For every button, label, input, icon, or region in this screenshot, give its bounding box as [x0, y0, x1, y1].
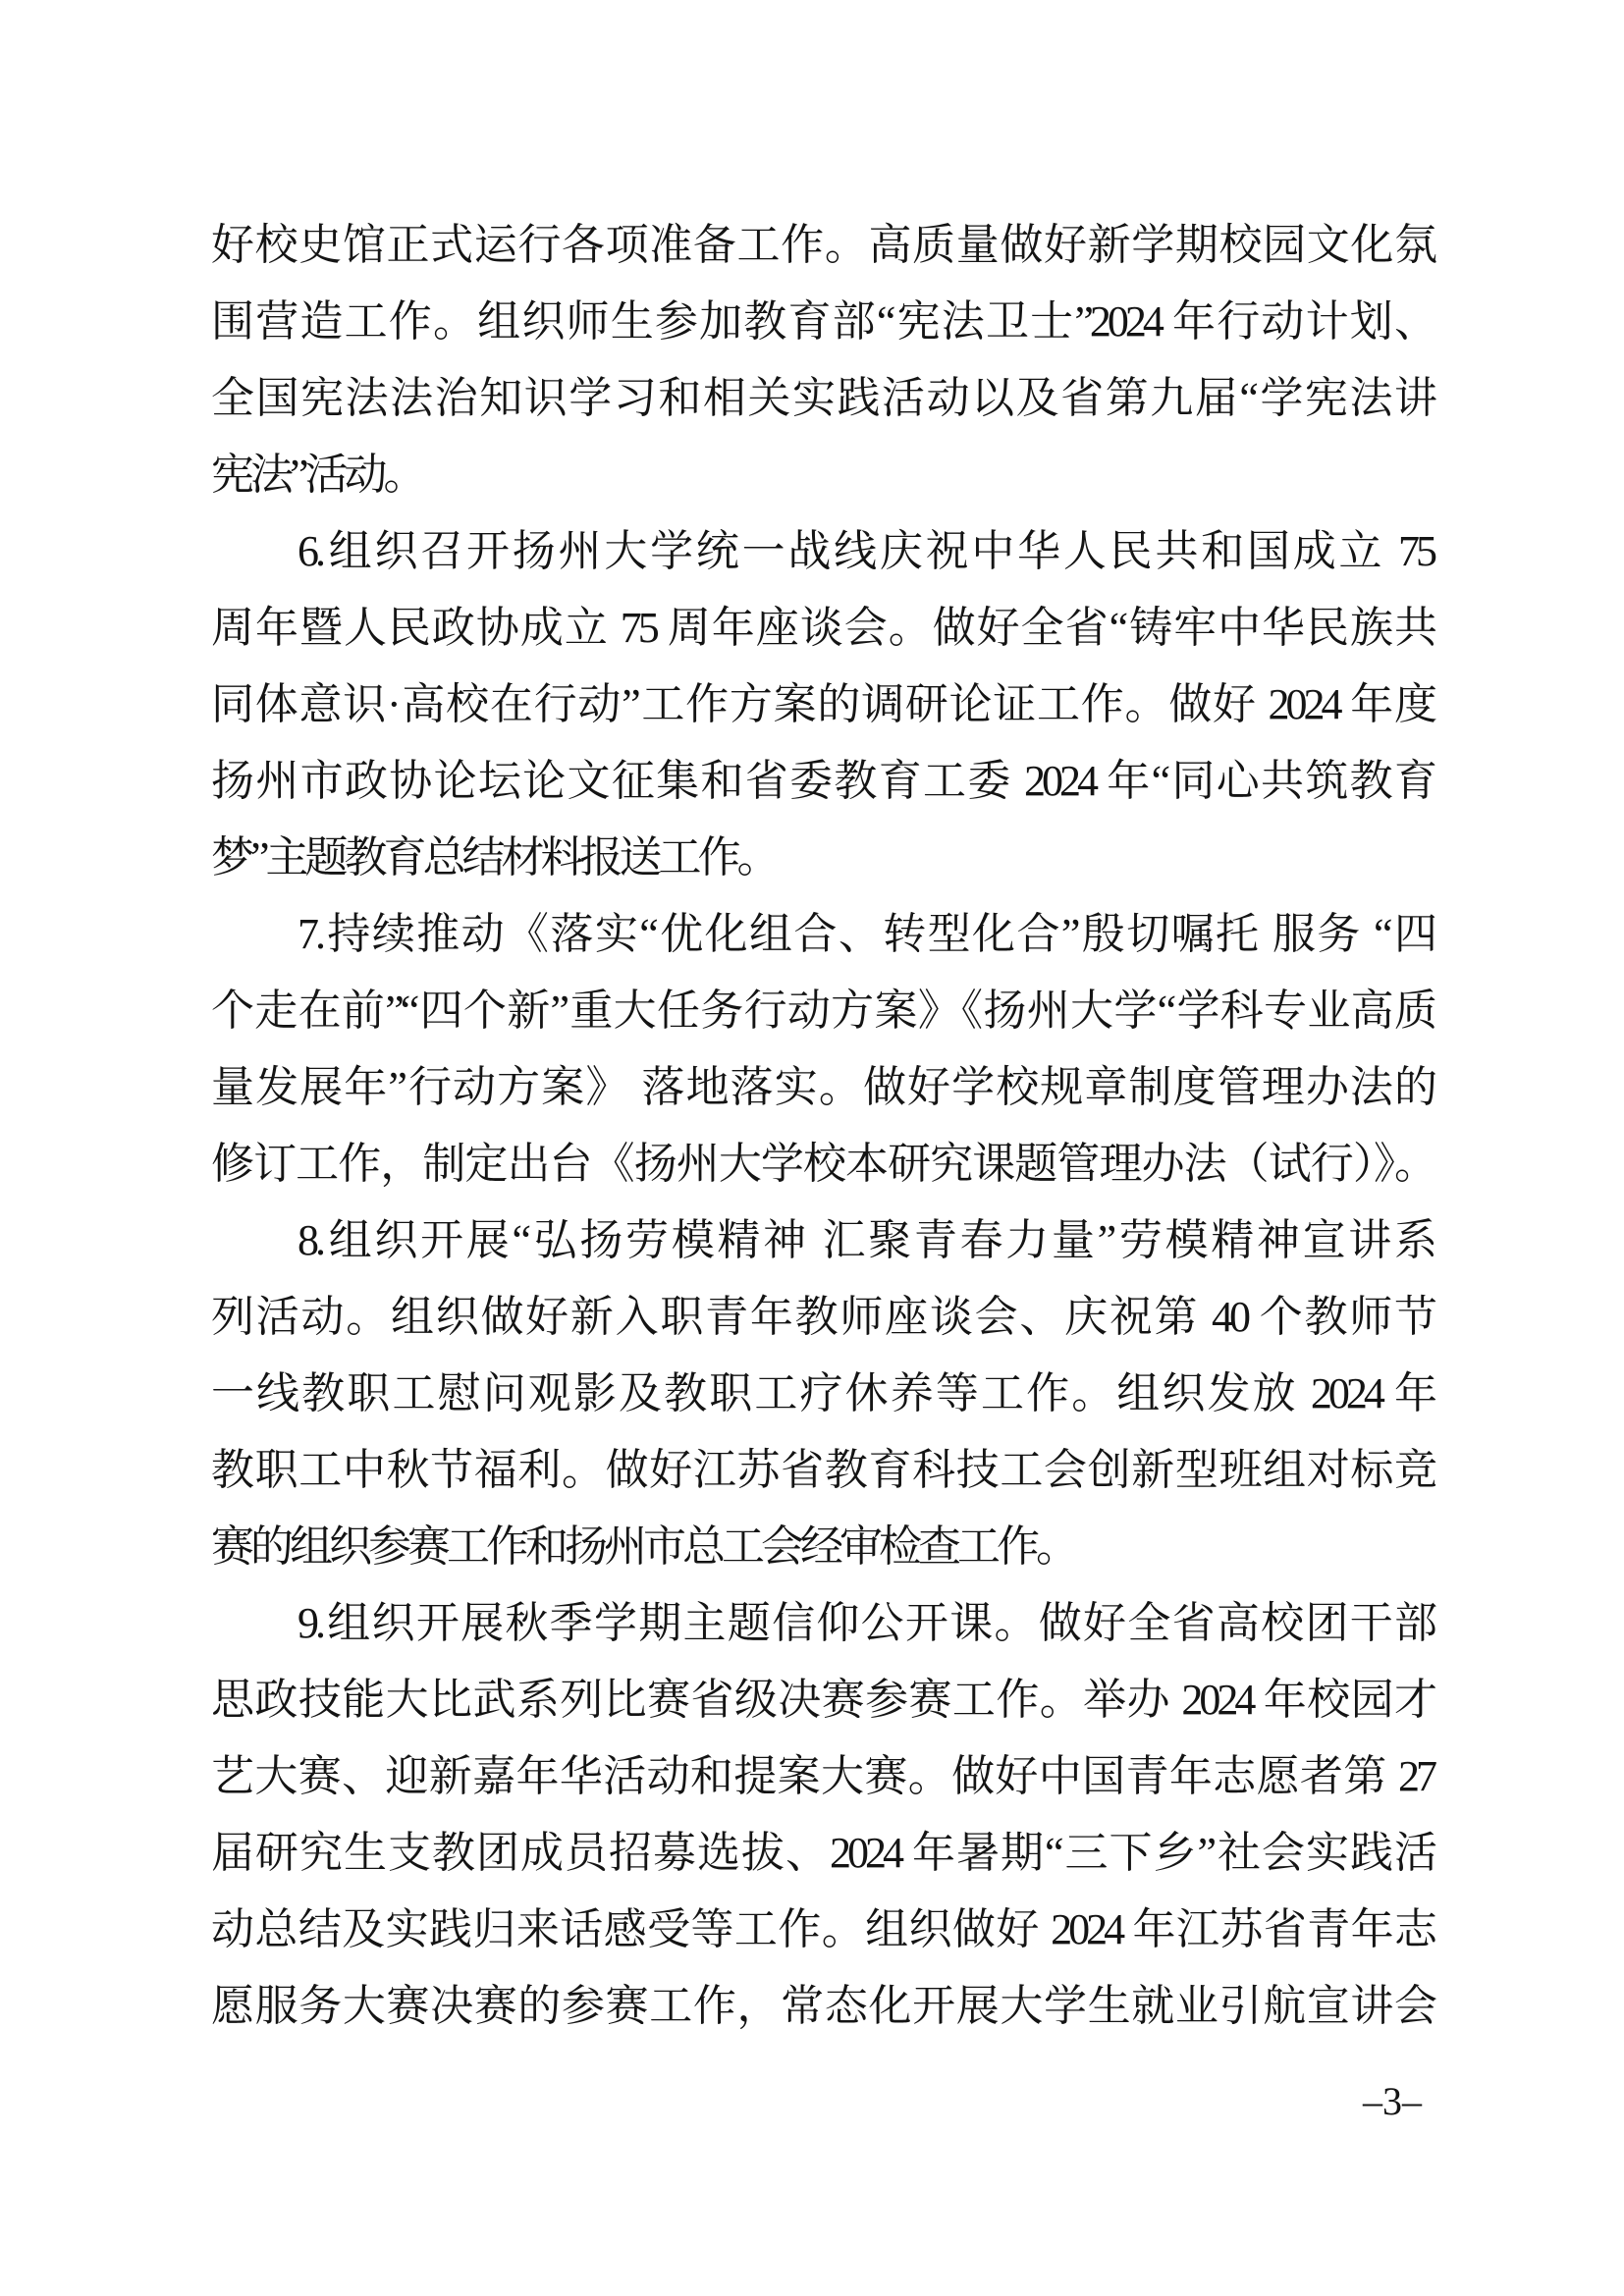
text-line: 届研究生支教团成员招募选拔、2024 年暑期“三下乡”社会实践活: [211, 1815, 1434, 1892]
text-line: 量发展年”行动方案》 落地落实。做好学校规章制度管理办法的: [211, 1049, 1434, 1126]
text-line: 9.组织开展秋季学期主题信仰公开课。做好全省高校团干部: [211, 1585, 1434, 1662]
text-line: 列活动。组织做好新入职青年教师座谈会、庆祝第 40 个教师节: [211, 1279, 1434, 1356]
document-body: 好校史馆正式运行各项准备工作。高质量做好新学期校园文化氛 围营造工作。组织师生参…: [211, 207, 1434, 2045]
text-line: 同体意识·高校在行动”工作方案的调研论证工作。做好 2024 年度: [211, 667, 1434, 743]
text-line: 一线教职工慰问观影及教职工疗休养等工作。组织发放 2024 年: [211, 1356, 1434, 1432]
text-line: 梦”主题教育总结材料报送工作。: [211, 820, 1434, 896]
text-line: 好校史馆正式运行各项准备工作。高质量做好新学期校园文化氛: [211, 207, 1434, 284]
document-page: 好校史馆正式运行各项准备工作。高质量做好新学期校园文化氛 围营造工作。组织师生参…: [0, 0, 1624, 2296]
text-line: 8.组织开展“弘扬劳模精神 汇聚青春力量”劳模精神宣讲系: [211, 1202, 1434, 1279]
text-line: 周年暨人民政协成立 75 周年座谈会。做好全省“铸牢中华民族共: [211, 590, 1434, 667]
text-line: 赛的组织参赛工作和扬州市总工会经审检查工作。: [211, 1509, 1434, 1585]
text-line: 7.持续推动《落实“优化组合、转型化合”殷切嘱托 服务 “四: [211, 896, 1434, 973]
text-line: 全国宪法法治知识学习和相关实践活动以及省第九届“学宪法讲: [211, 360, 1434, 437]
text-line: 宪法”活动。: [211, 437, 1434, 513]
text-line: 思政技能大比武系列比赛省级决赛参赛工作。举办 2024 年校园才: [211, 1662, 1434, 1738]
text-line: 6.组织召开扬州大学统一战线庆祝中华人民共和国成立 75: [211, 513, 1434, 590]
text-line: 艺大赛、迎新嘉年华活动和提案大赛。做好中国青年志愿者第 27: [211, 1738, 1434, 1815]
text-line: 扬州市政协论坛论文征集和省委教育工委 2024 年“同心共筑教育: [211, 743, 1434, 820]
text-line: 个走在前”“四个新”重大任务行动方案》《扬州大学“学科专业高质: [211, 973, 1434, 1049]
page-number: –3–: [1363, 2079, 1422, 2124]
text-line: 修订工作，制定出台《扬州大学校本研究课题管理办法（试行）》。: [211, 1126, 1434, 1202]
text-line: 围营造工作。组织师生参加教育部“宪法卫士”2024 年行动计划、: [211, 284, 1434, 360]
text-line: 愿服务大赛决赛的参赛工作，常态化开展大学生就业引航宣讲会: [211, 1968, 1434, 2045]
text-line: 动总结及实践归来话感受等工作。组织做好 2024 年江苏省青年志: [211, 1892, 1434, 1968]
text-line: 教职工中秋节福利。做好江苏省教育科技工会创新型班组对标竞: [211, 1432, 1434, 1509]
